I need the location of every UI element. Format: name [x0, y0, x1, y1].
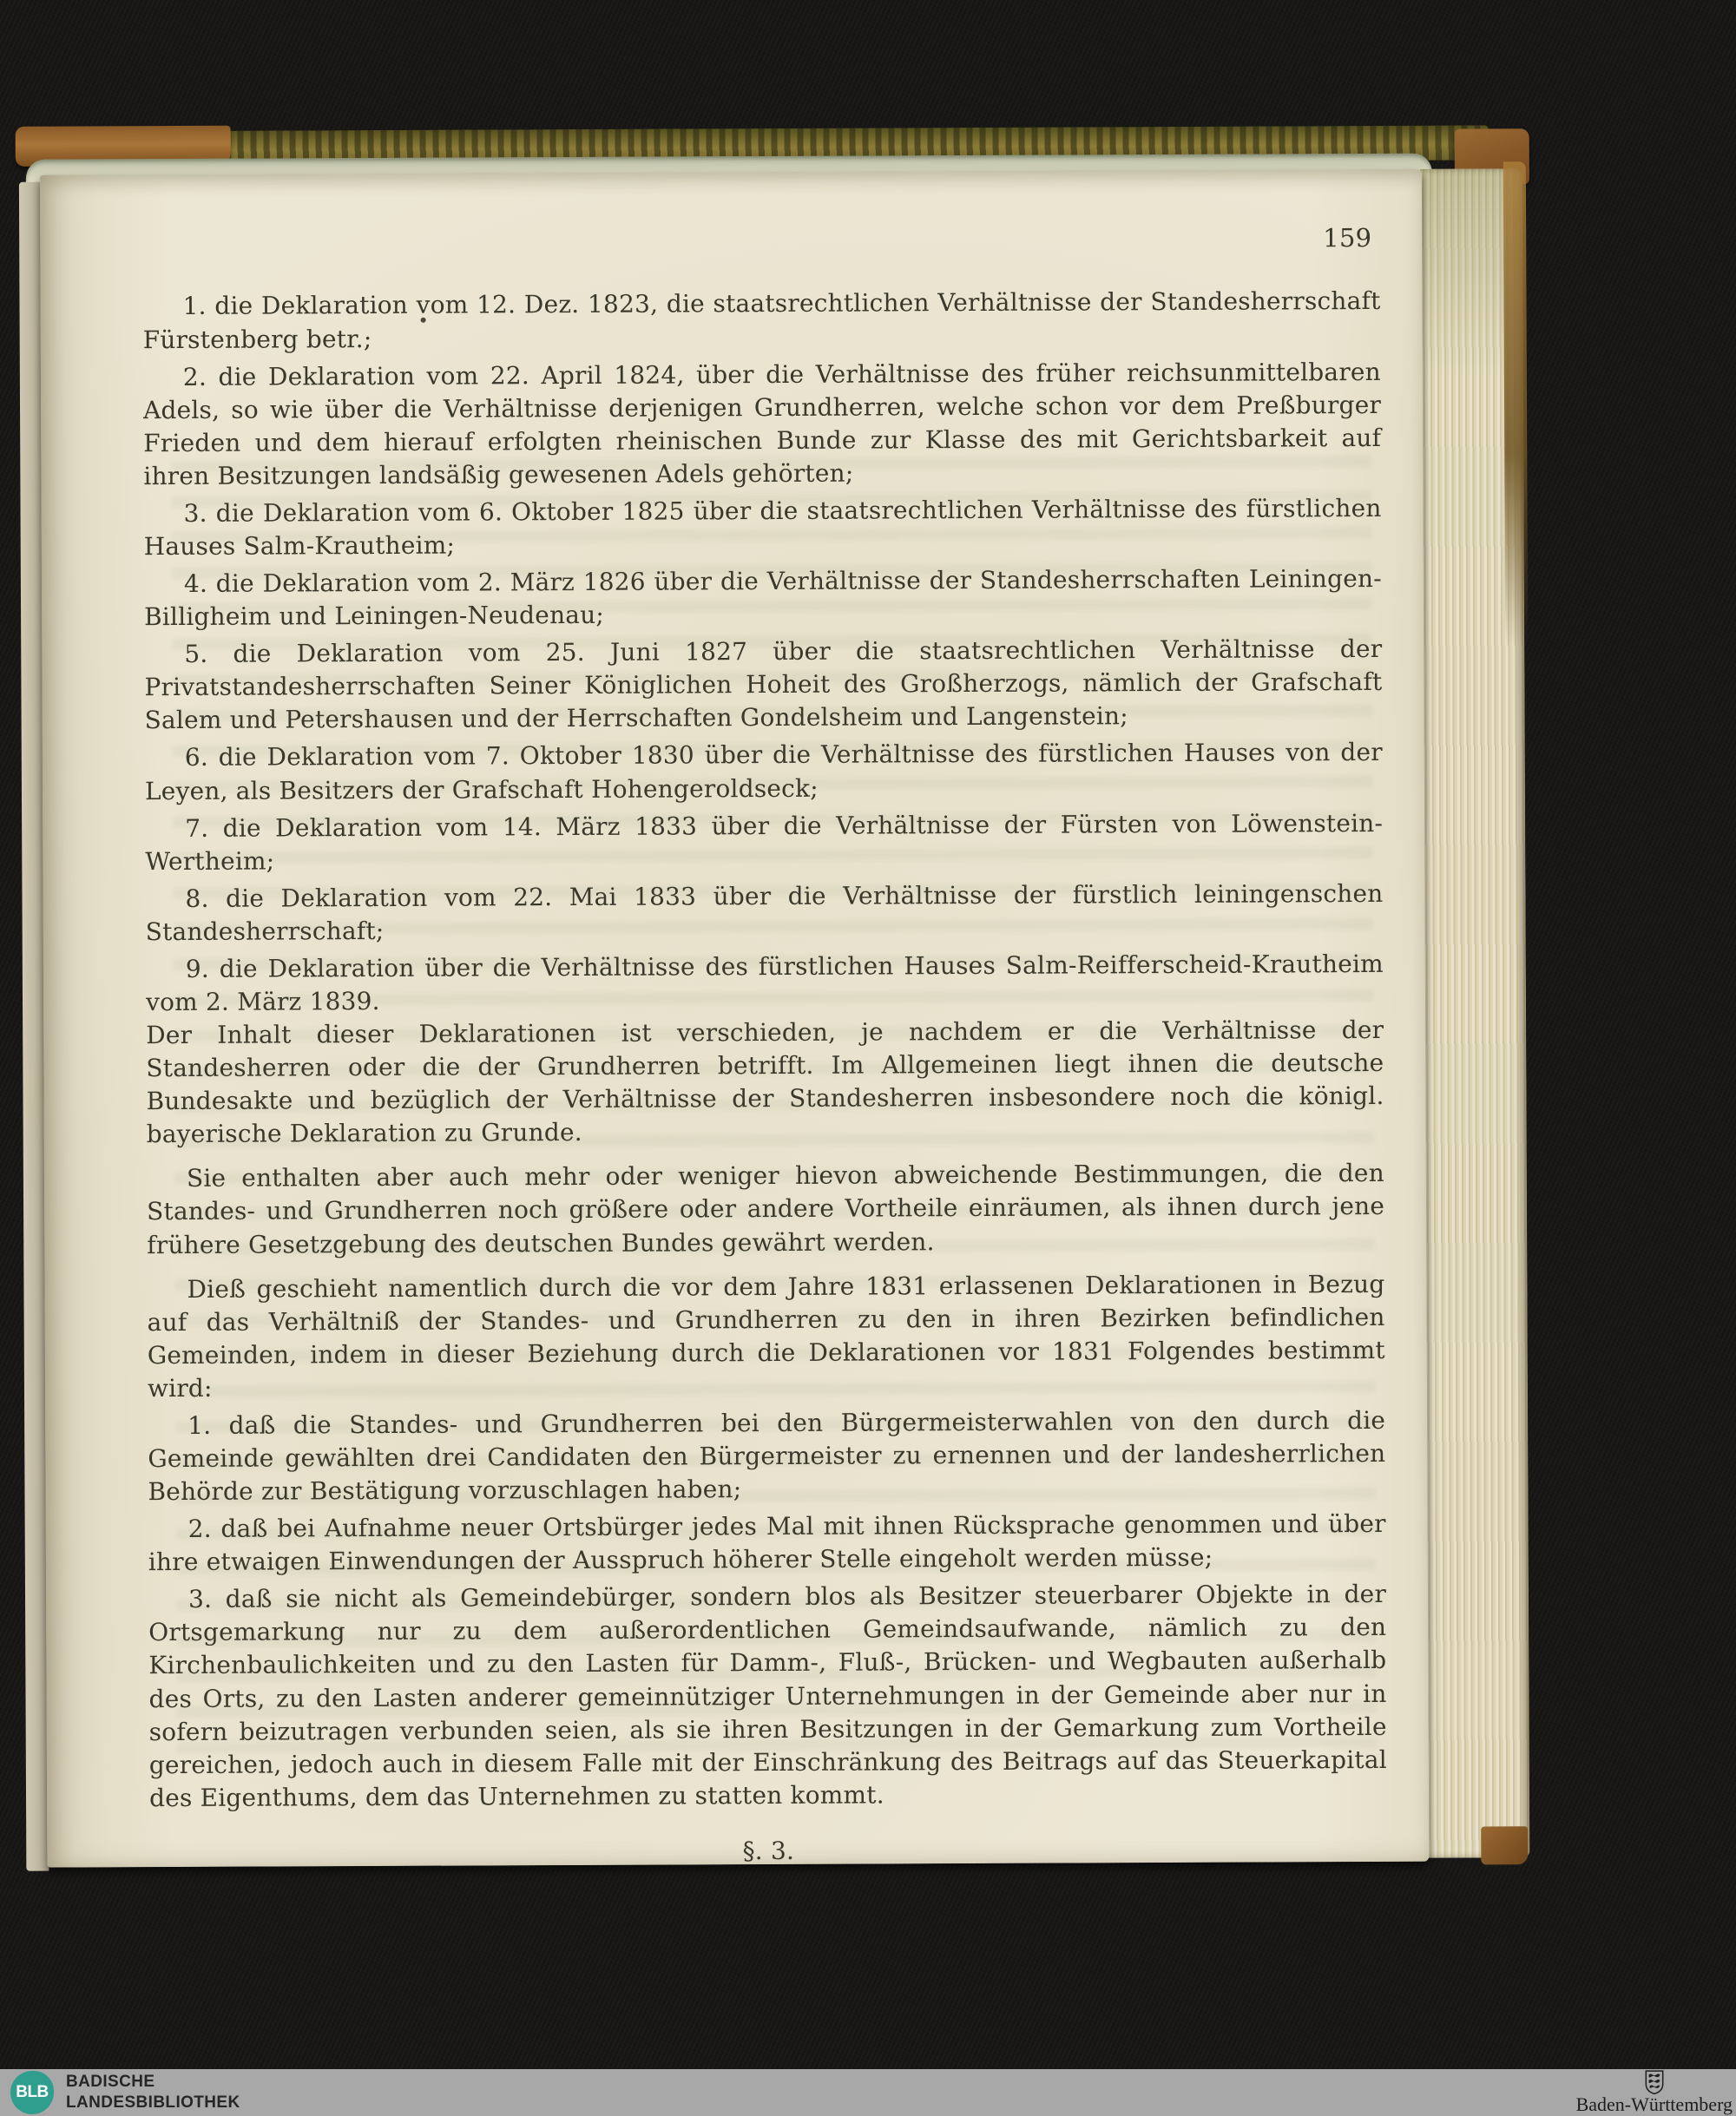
text-block-5: 5. die Deklaration vom 25. Juni 1827 übe…	[144, 633, 1382, 737]
state-branding: Baden-Württemberg	[1576, 2070, 1736, 2114]
page-text: 1. die Deklaration vom 12. Dez. 1823, di…	[142, 285, 1388, 1867]
text-block-8: 8. die Deklaration vom 22. Mai 1833 über…	[145, 877, 1383, 949]
text-block-9: 9. die Deklaration über die Verhältnisse…	[146, 948, 1384, 1019]
library-name: BADISCHE LANDESBIBLIOTHEK	[66, 2072, 240, 2113]
fore-edge-bottom-corner	[1481, 1826, 1528, 1864]
text-block-15: 3. daß sie nicht als Gemeindebürger, son…	[148, 1578, 1387, 1815]
viewer-footer-bar: BLB BADISCHE LANDESBIBLIOTHEK Baden-Würt…	[0, 2069, 1736, 2116]
book-page: 159 1. die Deklaration vom 12. Dez. 1823…	[40, 169, 1429, 1868]
book-scan: 159 1. die Deklaration vom 12. Dez. 1823…	[21, 120, 1530, 1871]
text-block-10: Der Inhalt dieser Deklarationen ist vers…	[146, 1014, 1384, 1152]
text-block-1: 1. die Deklaration vom 12. Dez. 1823, di…	[142, 285, 1380, 356]
text-block-11: Sie enthalten aber auch mehr oder wenige…	[147, 1157, 1384, 1261]
text-block-4: 4. die Deklaration vom 2. März 1826 über…	[144, 562, 1382, 634]
text-block-13: 1. daß die Standes- und Grundherren bei …	[148, 1404, 1385, 1508]
fore-edge-leather-trim	[1503, 161, 1528, 647]
page-number: 159	[142, 221, 1380, 261]
text-block-6: 6. die Deklaration vom 7. Oktober 1830 ü…	[145, 736, 1383, 807]
page-text-area: 159 1. die Deklaration vom 12. Dez. 1823…	[142, 221, 1388, 1868]
library-name-line1: BADISCHE	[66, 2072, 240, 2093]
text-block-14: 2. daß bei Aufnahme neuer Ortsbürger jed…	[148, 1508, 1386, 1579]
region-label: Baden-Württemberg	[1576, 2094, 1733, 2114]
section-heading: §. 3.	[149, 1832, 1387, 1868]
text-block-7: 7. die Deklaration vom 14. März 1833 übe…	[145, 807, 1383, 878]
library-name-line2: LANDESBIBLIOTHEK	[66, 2093, 240, 2113]
blb-logo-icon: BLB	[10, 2071, 54, 2114]
baden-wuerttemberg-coat-of-arms-icon	[1644, 2070, 1665, 2094]
text-block-2: 2. die Deklaration vom 22. April 1824, ü…	[143, 356, 1382, 494]
library-branding: BLB BADISCHE LANDESBIBLIOTHEK	[0, 2071, 240, 2114]
text-block-12: Dieß geschieht namentlich durch die vor …	[147, 1268, 1385, 1406]
text-block-3: 3. die Deklaration vom 6. Oktober 1825 ü…	[143, 492, 1381, 563]
